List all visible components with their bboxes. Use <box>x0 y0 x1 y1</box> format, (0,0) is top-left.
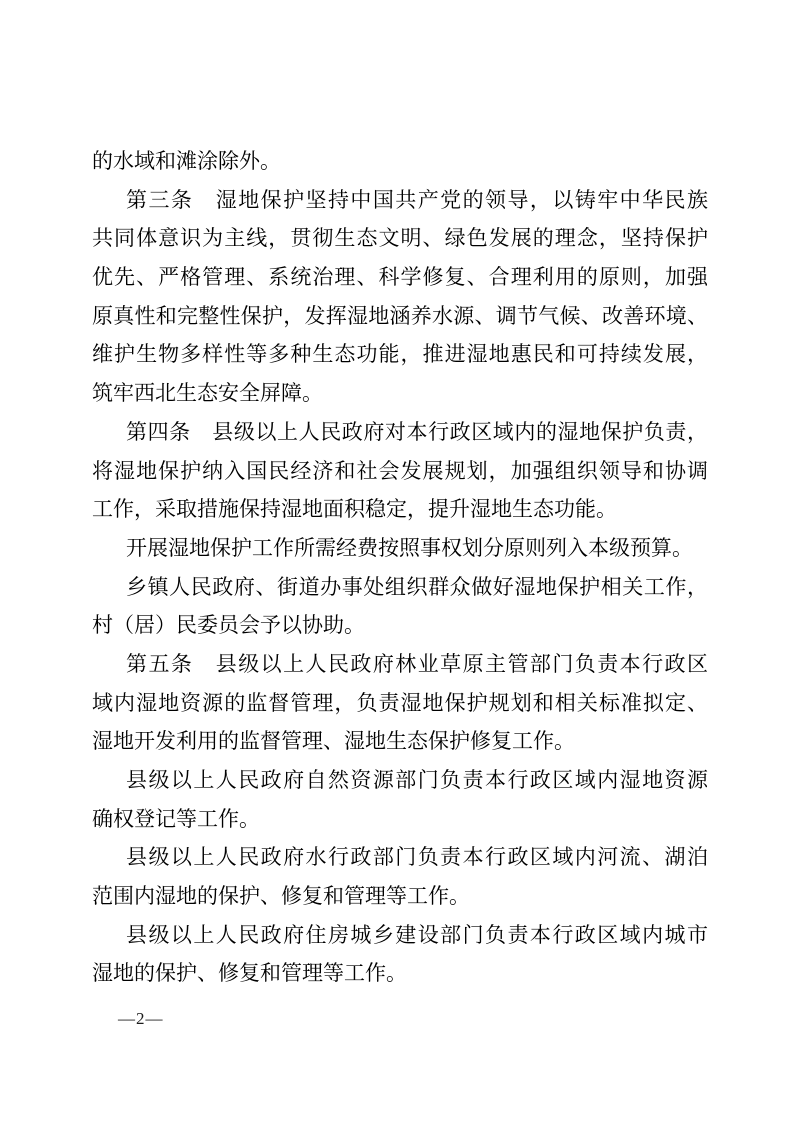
document-line: 确权登记等工作。 <box>92 800 708 839</box>
document-line: 县级以上人民政府水行政部门负责本行政区域内河流、湖泊 <box>92 838 708 877</box>
document-line: 原真性和完整性保护，发挥湿地涵养水源、调节气候、改善环境、 <box>92 297 708 336</box>
document-line: 第三条 湿地保护坚持中国共产党的领导，以铸牢中华民族 <box>92 181 708 220</box>
document-line: 共同体意识为主线，贯彻生态文明、绿色发展的理念，坚持保护 <box>92 219 708 258</box>
document-line: 筑牢西北生态安全屏障。 <box>92 374 708 413</box>
page-number: —2— <box>118 1006 164 1032</box>
document-line: 的水域和滩涂除外。 <box>92 142 708 181</box>
document-page: 的水域和滩涂除外。第三条 湿地保护坚持中国共产党的领导，以铸牢中华民族共同体意识… <box>0 0 800 1132</box>
document-line: 开展湿地保护工作所需经费按照事权划分原则列入本级预算。 <box>92 529 708 568</box>
document-line: 维护生物多样性等多种生态功能，推进湿地惠民和可持续发展， <box>92 335 708 374</box>
document-line: 范围内湿地的保护、修复和管理等工作。 <box>92 877 708 916</box>
document-line: 工作，采取措施保持湿地面积稳定，提升湿地生态功能。 <box>92 490 708 529</box>
document-line: 第五条 县级以上人民政府林业草原主管部门负责本行政区 <box>92 645 708 684</box>
document-line: 域内湿地资源的监督管理，负责湿地保护规划和相关标准拟定、 <box>92 684 708 723</box>
document-line: 县级以上人民政府住房城乡建设部门负责本行政区域内城市 <box>92 916 708 955</box>
document-line: 乡镇人民政府、街道办事处组织群众做好湿地保护相关工作， <box>92 568 708 607</box>
document-line: 湿地开发利用的监督管理、湿地生态保护修复工作。 <box>92 722 708 761</box>
document-line: 村（居）民委员会予以协助。 <box>92 606 708 645</box>
document-line: 第四条 县级以上人民政府对本行政区域内的湿地保护负责， <box>92 413 708 452</box>
document-line: 优先、严格管理、系统治理、科学修复、合理利用的原则，加强 <box>92 258 708 297</box>
document-line: 湿地的保护、修复和管理等工作。 <box>92 954 708 993</box>
document-line: 县级以上人民政府自然资源部门负责本行政区域内湿地资源 <box>92 761 708 800</box>
document-line: 将湿地保护纳入国民经济和社会发展规划，加强组织领导和协调 <box>92 452 708 491</box>
document-body: 的水域和滩涂除外。第三条 湿地保护坚持中国共产党的领导，以铸牢中华民族共同体意识… <box>92 142 708 993</box>
